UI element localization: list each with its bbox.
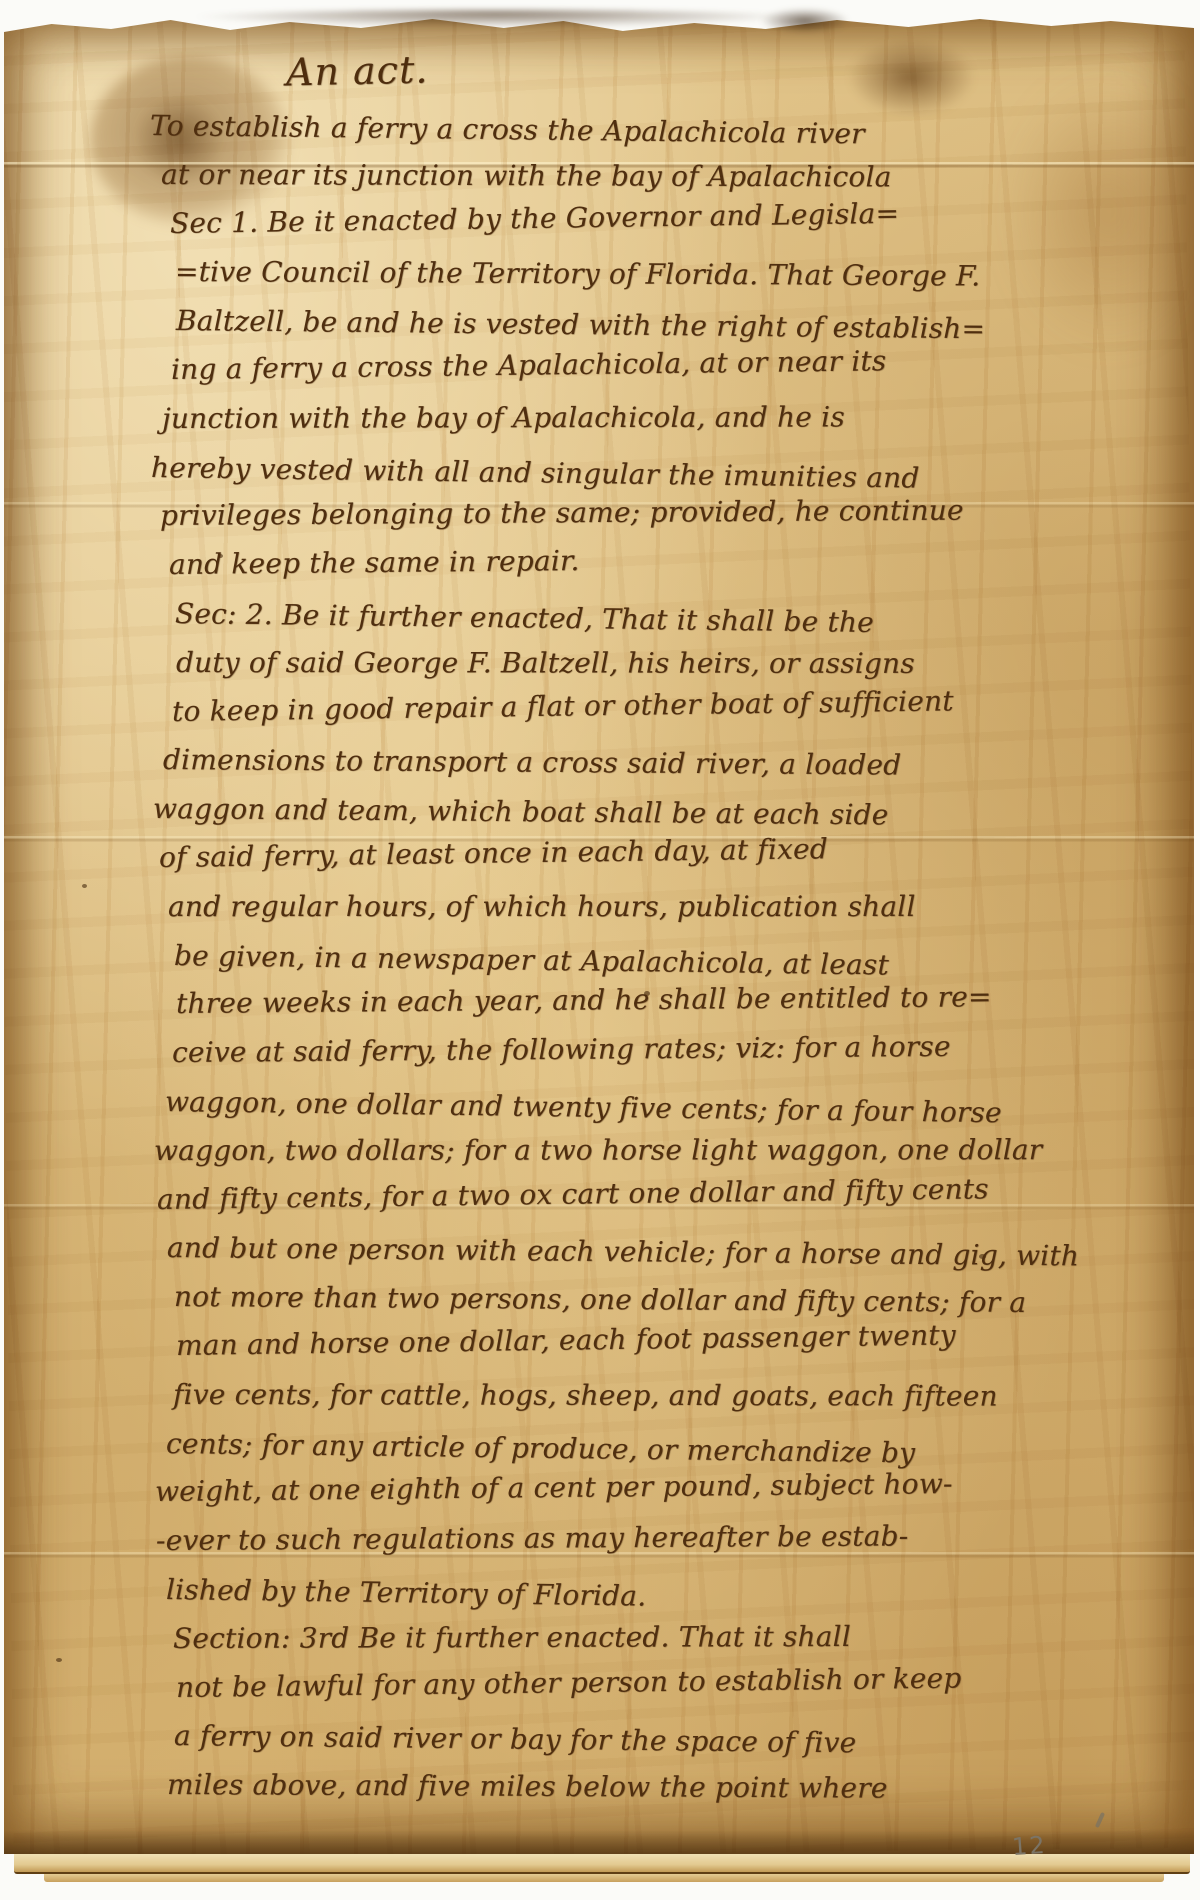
manuscript-line: Baltzell, be and he is vested with the r… [176, 307, 985, 343]
manuscript-line: cents; for any article of produce, or me… [166, 1430, 916, 1467]
underlying-sheet-edge-2 [44, 1874, 1164, 1882]
manuscript-line: five cents, for cattle, hogs, sheep, and… [173, 1381, 998, 1411]
manuscript-line: and regular hours, of which hours, publi… [168, 893, 916, 921]
manuscript-line: waggon, two dollars; for a two horse lig… [154, 1136, 1042, 1165]
manuscript-line: Section: 3rd Be it further enacted. That… [173, 1623, 851, 1653]
manuscript-line: three weeks in each year, and he shall b… [176, 984, 992, 1019]
manuscript-line: -ever to such regulations as may hereaft… [156, 1523, 909, 1556]
manuscript-line: junction with the bay of Apalachicola, a… [162, 403, 845, 433]
ink-speck [56, 1658, 62, 1662]
manuscript-line: a ferry on said river or bay for the spa… [174, 1722, 857, 1757]
manuscript-line: and keep the same in repair. [169, 547, 580, 579]
stain-top-right [849, 38, 974, 116]
manuscript-line: ceive at said ferry, the following rates… [172, 1033, 951, 1067]
page-number-pencil: 12 [1011, 1833, 1047, 1859]
manuscript-line: =tive Council of the Territory of Florid… [175, 258, 980, 290]
manuscript-line: ing a ferry a cross the Apalachicola, at… [171, 347, 887, 384]
manuscript-title: An act. [286, 51, 429, 92]
ink-speck [82, 884, 87, 888]
manuscript-line: privileges belonging to the same; provid… [160, 497, 964, 530]
stain-top-right-faint [1004, 71, 1200, 351]
manuscript-line: lished by the Territory of Florida. [166, 1576, 647, 1611]
manuscript-line: weight, at one eighth of a cent per poun… [155, 1470, 953, 1506]
manuscript-line: dimensions to transport a cross said riv… [163, 746, 902, 780]
manuscript-line: miles above, and five miles below the po… [167, 1771, 888, 1803]
manuscript-line: duty of said George F. Baltzell, his hei… [176, 649, 915, 678]
manuscript-line: at or near its junction with the bay of … [161, 161, 892, 191]
manuscript-line: not more than two persons, one dollar an… [174, 1283, 1026, 1317]
manuscript-line: waggon and team, which boat shall be at … [153, 795, 889, 829]
scanned-document-page: { "document": { "title": "An act.", "bod… [0, 0, 1200, 1900]
manuscript-line: To establish a ferry a cross the Apalach… [150, 112, 865, 148]
manuscript-line: of said ferry, at least once in each day… [159, 835, 828, 872]
